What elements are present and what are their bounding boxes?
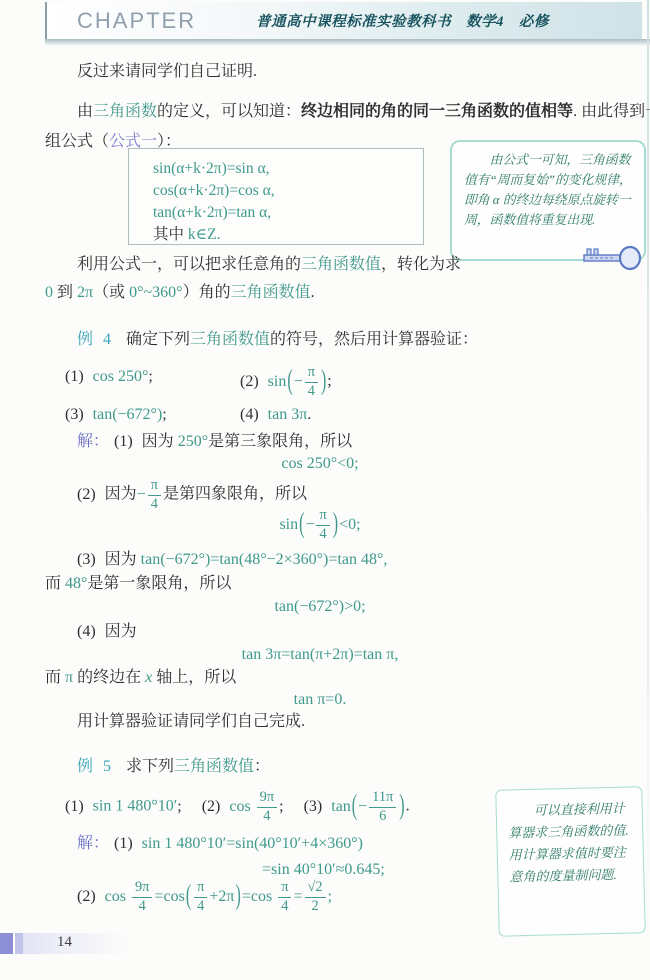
- sol4-s6-pi: π: [65, 669, 73, 686]
- def-bold-statement: 终边相同的角的同一三角函数的值相等: [301, 103, 573, 120]
- sol5-l3-math: cos 9π4=cos(π4+2π)=cos π4=√22;: [105, 888, 332, 905]
- usage-t2: （或: [93, 284, 129, 301]
- item2-math: sin(−π4): [268, 373, 328, 390]
- sol5-frac2-den: 4: [194, 898, 207, 915]
- example5-heading: 例 5求下列三角函数值：: [45, 755, 270, 779]
- sol5-l3-label: (2): [77, 888, 96, 905]
- sol4-s2-num: π: [148, 478, 161, 496]
- eq2-fn: sin: [279, 516, 298, 533]
- item2-sign: −: [294, 373, 303, 390]
- ex5-item3-rparen: ): [399, 785, 404, 828]
- example5-label: 例 5: [77, 758, 114, 775]
- usage-math-range: 0°~360°: [129, 284, 182, 301]
- eq2-math: sin(−π4)<0;: [279, 516, 360, 533]
- eq2-num: π: [316, 508, 329, 526]
- example4-head-pre: 确定下列: [126, 331, 190, 348]
- item3-sep: ;: [162, 406, 166, 423]
- ex5-item3-math: tan(−11π6): [331, 798, 405, 815]
- ex5-item2-den: 4: [257, 808, 277, 825]
- sol4-s4-math: 48°: [65, 575, 87, 592]
- usage-t1: 到: [53, 284, 77, 301]
- sol5-l2-math: =sin 40°10′≈0.645;: [262, 861, 385, 878]
- item2-frac-den: 4: [305, 383, 318, 400]
- prove-text: 反过来请同学们自己证明.: [77, 63, 257, 80]
- sol4-s2-tail: 是第四象限角，所以: [163, 486, 307, 503]
- solution4-line4: 而 48°是第一象限角，所以: [45, 572, 231, 596]
- sol4-s3-label: (3): [77, 551, 96, 568]
- margin-note2-text: 可以直接利用计算器求三角函数的值. 用计算器求值时要注意角的度量制问题.: [507, 798, 632, 889]
- eq2-den: 4: [316, 526, 329, 543]
- sol5-frac1-num: 9π: [132, 880, 152, 898]
- eq3-math: tan(−672°)>0;: [274, 598, 365, 615]
- sol4-s5-label: (4): [77, 623, 96, 640]
- def-mid: 的定义，可以知道：: [157, 103, 301, 120]
- sol4-s4-tail: 是第一象限角，所以: [87, 575, 231, 592]
- solution4-closing: 用计算器验证请同学们自己完成.: [45, 710, 305, 734]
- sol4-s1-tail: 是第三象限角，所以: [208, 433, 352, 450]
- usage-tail: ，转化为求: [381, 256, 461, 273]
- example4-item3: (3)tan(−672°);: [65, 403, 167, 427]
- formula-where-text: 其中: [153, 226, 188, 243]
- item2-fn: sin: [268, 373, 287, 390]
- sol5-rparen: ): [236, 875, 241, 918]
- eq2-lparen: (: [299, 503, 304, 546]
- item2-fraction: π4: [305, 365, 318, 399]
- sol5-lparen: (: [186, 875, 191, 918]
- textbook-page: CHAPTER 普通高中课程标准实验教科书 数学4 必修 反过来请同学们自己证明…: [0, 0, 650, 980]
- paragraph-usage-line2: 0 到 2π（或 0°~360°）角的三角函数值.: [45, 281, 315, 305]
- def-pre: 由: [45, 103, 93, 120]
- margin-note-periodicity: 由公式一可知，三角函数值有“周而复始”的变化规律，即角 α 的终边每绕原点旋转一…: [450, 140, 646, 261]
- example5-items: (1)sin 1 480°10′;(2)cos 9π4;(3)tan(−11π6…: [65, 790, 410, 824]
- usage-t3: ）角的: [183, 284, 231, 301]
- eq2-fraction: π4: [316, 508, 329, 542]
- sol5-l1-label: (1): [114, 835, 133, 852]
- item1-sep: ;: [148, 368, 152, 385]
- def-line2-pre: 组公式（: [45, 133, 109, 150]
- page-number: 14: [57, 934, 72, 951]
- item4-math: tan 3π: [268, 406, 308, 423]
- def-tail: . 由此得到一: [573, 103, 650, 120]
- item4-end: .: [307, 406, 311, 423]
- equation-sin-negpi4: sin(−π4)<0;: [45, 508, 595, 542]
- paragraph-usage-line1: 利用公式一，可以把求任意角的三角函数值，转化为求: [45, 253, 461, 277]
- sol5-frac4: √22: [305, 880, 326, 914]
- example4-item1: (1)cos 250°;: [65, 365, 153, 389]
- ex5-item2-math: cos 9π4: [229, 798, 279, 815]
- example5-head-term: 三角函数值: [174, 758, 254, 775]
- paragraph-prove: 反过来请同学们自己证明.: [45, 60, 257, 84]
- solution4-jie-label: 解：: [77, 433, 109, 450]
- solution4-line1: 解：(1)因为 250°是第三象限角，所以: [45, 430, 352, 454]
- sol4-s2-pre: 因为: [105, 486, 137, 503]
- sol4-s1-math: 250°: [178, 433, 208, 450]
- formula-sin: sin(α+k·2π)=sin α,: [153, 158, 423, 180]
- ex5-item2-fn: cos: [229, 798, 254, 815]
- sol5-frac3-den: 4: [278, 898, 291, 915]
- formula-where-math: k∈Z.: [188, 226, 221, 243]
- example4-heading: 例 4确定下列三角函数值的符号，然后用计算器验证：: [45, 328, 478, 352]
- sol5-frac4-num: √2: [305, 880, 326, 898]
- ex5-item3-end: .: [406, 798, 410, 815]
- equation-tanpi0: tan π=0.: [45, 688, 595, 712]
- equation-tan3pi: tan 3π=tan(π+2π)=tan π,: [45, 643, 595, 667]
- ex5-item3-sign: −: [358, 798, 367, 815]
- formula-tan: tan(α+k·2π)=tan α,: [153, 202, 423, 224]
- sol4-s2-math: −π4: [137, 486, 163, 503]
- sol5-frac1-den: 4: [132, 898, 152, 915]
- sol4-s2-sign: −: [137, 486, 146, 503]
- sol5-frac1: 9π4: [132, 880, 152, 914]
- sol5-e3: =: [293, 888, 302, 905]
- sol4-s2-label: (2): [77, 486, 96, 503]
- sol5-frac2: π4: [194, 880, 207, 914]
- sol4-s3-pre: 因为: [105, 551, 141, 568]
- sol5-e1: =cos: [154, 888, 184, 905]
- page-edge-line: [647, 0, 649, 950]
- ex5-item2-num: 9π: [257, 790, 277, 808]
- sol4-s1-label: (1): [114, 433, 133, 450]
- def-term: 三角函数: [93, 103, 157, 120]
- sol4-s5-text: 因为: [105, 623, 137, 640]
- ex5-item3-den: 6: [369, 808, 396, 825]
- page-header: CHAPTER 普通高中课程标准实验教科书 数学4 必修: [45, 2, 642, 39]
- item1-label: (1): [65, 368, 84, 385]
- solution5-line1: 解：(1)sin 1 480°10′=sin(40°10′+4×360°): [45, 832, 363, 856]
- ex5-item3-fn: tan: [331, 798, 351, 815]
- example4-item2: (2)sin(−π4);: [240, 365, 332, 399]
- usage-term2: 三角函数值: [231, 284, 311, 301]
- item2-rparen: ): [321, 360, 326, 403]
- usage-math-0: 0: [45, 284, 53, 301]
- key-icon: [580, 241, 644, 277]
- item4-label: (4): [240, 406, 259, 423]
- item2-lparen: (: [287, 360, 292, 403]
- sol5-frac3: π4: [278, 880, 291, 914]
- solution4-line3: (3)因为 tan(−672°)=tan(48°−2×360°)=tan 48°…: [45, 548, 387, 572]
- item2-label: (2): [240, 373, 259, 390]
- sol4-s4-pre: 而: [45, 575, 65, 592]
- example5-head-tail: ：: [254, 758, 270, 775]
- sol5-frac3-num: π: [278, 880, 291, 898]
- eq4-math: tan 3π=tan(π+2π)=tan π,: [242, 646, 399, 663]
- sol4-closing-text: 用计算器验证请同学们自己完成.: [77, 713, 305, 730]
- sol5-t2: +2π: [209, 888, 234, 905]
- header-shadow: [45, 39, 650, 46]
- equation-cos250: cos 250°<0;: [45, 452, 595, 476]
- item1-math: cos 250°: [93, 368, 149, 385]
- sol5-l1-math: sin 1 480°10′=sin(40°10′+4×360°): [142, 835, 363, 852]
- solution5-jie-label: 解：: [77, 835, 109, 852]
- formula-box: sin(α+k·2π)=sin α, cos(α+k·2π)=cos α, ta…: [128, 148, 424, 245]
- example5-head-pre: 求下列: [126, 758, 174, 775]
- ex5-item3-fraction: 11π6: [369, 790, 396, 824]
- ex5-item1-sep: ;: [177, 798, 181, 815]
- example4-item4: (4)tan 3π.: [240, 403, 311, 427]
- margin-note-calculator: 可以直接利用计算器求三角函数的值. 用计算器求值时要注意角的度量制问题.: [495, 786, 646, 937]
- book-title: 普通高中课程标准实验教科书 数学4 必修: [256, 10, 549, 31]
- sol4-s1-pre: 因为: [142, 433, 178, 450]
- ex5-item1-label: (1): [65, 798, 84, 815]
- eq2-cmp: <0;: [339, 516, 360, 533]
- formula-cos: cos(α+k·2π)=cos α,: [153, 180, 423, 202]
- ex5-item2-label: (2): [202, 798, 221, 815]
- ex5-item2-fraction: 9π4: [257, 790, 277, 824]
- solution4-line2: (2)因为−π4是第四象限角，所以: [45, 478, 307, 512]
- eq5-math: tan π=0.: [294, 691, 347, 708]
- item2-frac-num: π: [305, 365, 318, 383]
- eq1-math: cos 250°<0;: [281, 455, 358, 472]
- sol5-frac2-num: π: [194, 880, 207, 898]
- usage-term1: 三角函数值: [301, 256, 381, 273]
- sol4-s3-math: tan(−672°)=tan(48°−2×360°)=tan 48°,: [141, 551, 388, 568]
- example4-head-tail: 的符号，然后用计算器验证：: [270, 331, 478, 348]
- sol5-fn1: cos: [105, 888, 130, 905]
- item3-label: (3): [65, 406, 84, 423]
- eq2-sign: −: [305, 516, 314, 533]
- eq2-rparen: ): [333, 503, 338, 546]
- sol4-s6-mid: 的终边在: [73, 669, 145, 686]
- example4-head-term: 三角函数值: [190, 331, 270, 348]
- ex5-item3-lparen: (: [352, 785, 357, 828]
- paragraph-definition-line1: 由三角函数的定义，可以知道：终边相同的角的同一三角函数的值相等. 由此得到一: [45, 100, 650, 124]
- usage-math-2pi: 2π: [77, 284, 93, 301]
- solution5-line3: (2)cos 9π4=cos(π4+2π)=cos π4=√22;: [45, 880, 332, 914]
- formula-where: 其中 k∈Z.: [153, 224, 423, 246]
- equation-tan672: tan(−672°)>0;: [45, 595, 595, 619]
- ex5-item1-math: sin 1 480°10′: [93, 798, 178, 815]
- usage-pre: 利用公式一，可以把求任意角的: [77, 256, 301, 273]
- sol4-s6-tail: 轴上，所以: [152, 669, 236, 686]
- item3-math: tan(−672°): [93, 406, 163, 423]
- chapter-label: CHAPTER: [77, 8, 196, 34]
- solution4-line5: (4)因为: [45, 620, 137, 644]
- example4-label: 例 4: [77, 331, 114, 348]
- sol4-s6-pre: 而: [45, 669, 65, 686]
- sol5-e2: =cos: [242, 888, 276, 905]
- usage-end: .: [311, 284, 315, 301]
- solution4-line6: 而 π 的终边在 x 轴上，所以: [45, 666, 236, 690]
- ex5-item3-num: 11π: [369, 790, 396, 808]
- sol5-end: ;: [328, 888, 332, 905]
- item2-sep: ;: [327, 373, 331, 390]
- sol4-s2-fraction: π4: [148, 478, 161, 512]
- ex5-item3-label: (3): [304, 798, 323, 815]
- sol5-frac4-den: 2: [305, 898, 326, 915]
- ex5-item2-sep: ;: [279, 798, 283, 815]
- margin-note1-text: 由公式一可知，三角函数值有“周而复始”的变化规律，即角 α 的终边每绕原点旋转一…: [464, 150, 632, 230]
